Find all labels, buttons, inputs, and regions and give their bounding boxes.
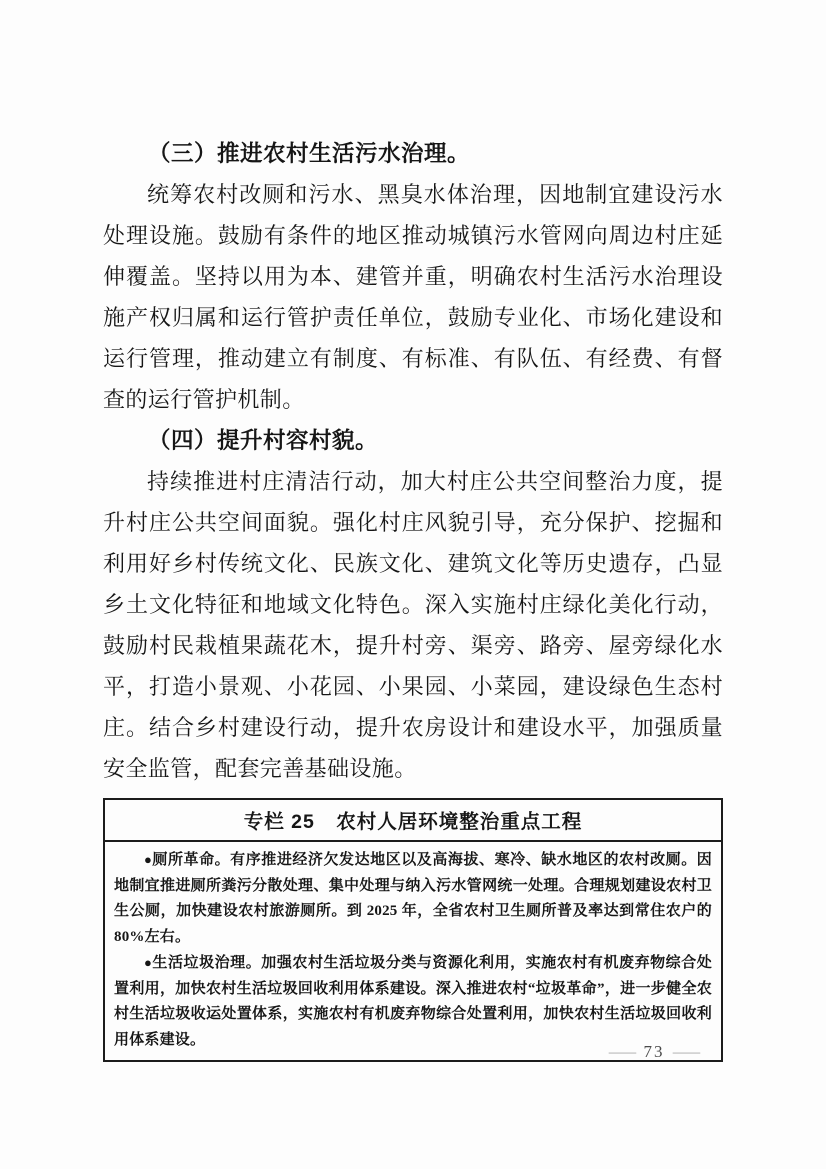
box-item-toilet-revolution: ●厕所革命。有序推进经济欠发达地区以及高海拔、寒冷、缺水地区的农村改厕。因地制宜… [114, 847, 712, 950]
feature-box-25: 专栏 25 农村人居环境整治重点工程 ●厕所革命。有序推进经济欠发达地区以及高海… [103, 798, 723, 1062]
section-paragraph-wastewater: 统筹农村改厕和污水、黑臭水体治理，因地制宜建设污水处理设施。鼓励有条件的地区推动… [103, 174, 723, 420]
footer-dash-right: — [672, 1042, 699, 1062]
page-content: （三）推进农村生活污水治理。 统筹农村改厕和污水、黑臭水体治理，因地制宜建设污水… [103, 133, 723, 1062]
page-number-footer: — 73 — [594, 1042, 714, 1062]
document-page: （三）推进农村生活污水治理。 统筹农村改厕和污水、黑臭水体治理，因地制宜建设污水… [0, 0, 826, 1169]
feature-box-header: 专栏 25 农村人居环境整治重点工程 [105, 800, 721, 842]
feature-box-label: 专栏 25 [244, 806, 315, 834]
feature-box-body: ●厕所革命。有序推进经济欠发达地区以及高海拔、寒冷、缺水地区的农村改厕。因地制宜… [105, 842, 721, 1060]
box-item-garbage-treatment: ●生活垃圾治理。加强农村生活垃圾分类与资源化利用，实施农村有机废弃物综合处置利用… [114, 950, 712, 1053]
feature-box-title: 农村人居环境整治重点工程 [336, 806, 582, 834]
footer-dash-left: — [608, 1042, 635, 1062]
box-item-lead: 生活垃圾治理。 [152, 955, 261, 971]
section-heading-wastewater: （三）推进农村生活污水治理。 [103, 133, 723, 174]
page-number: 73 [644, 1042, 665, 1062]
section-heading-village-appearance: （四）提升村容村貌。 [103, 420, 723, 461]
box-item-lead: 厕所革命。 [152, 852, 230, 868]
section-paragraph-village-appearance: 持续推进村庄清洁行动，加大村庄公共空间整治力度，提升村庄公共空间面貌。强化村庄风… [103, 461, 723, 789]
